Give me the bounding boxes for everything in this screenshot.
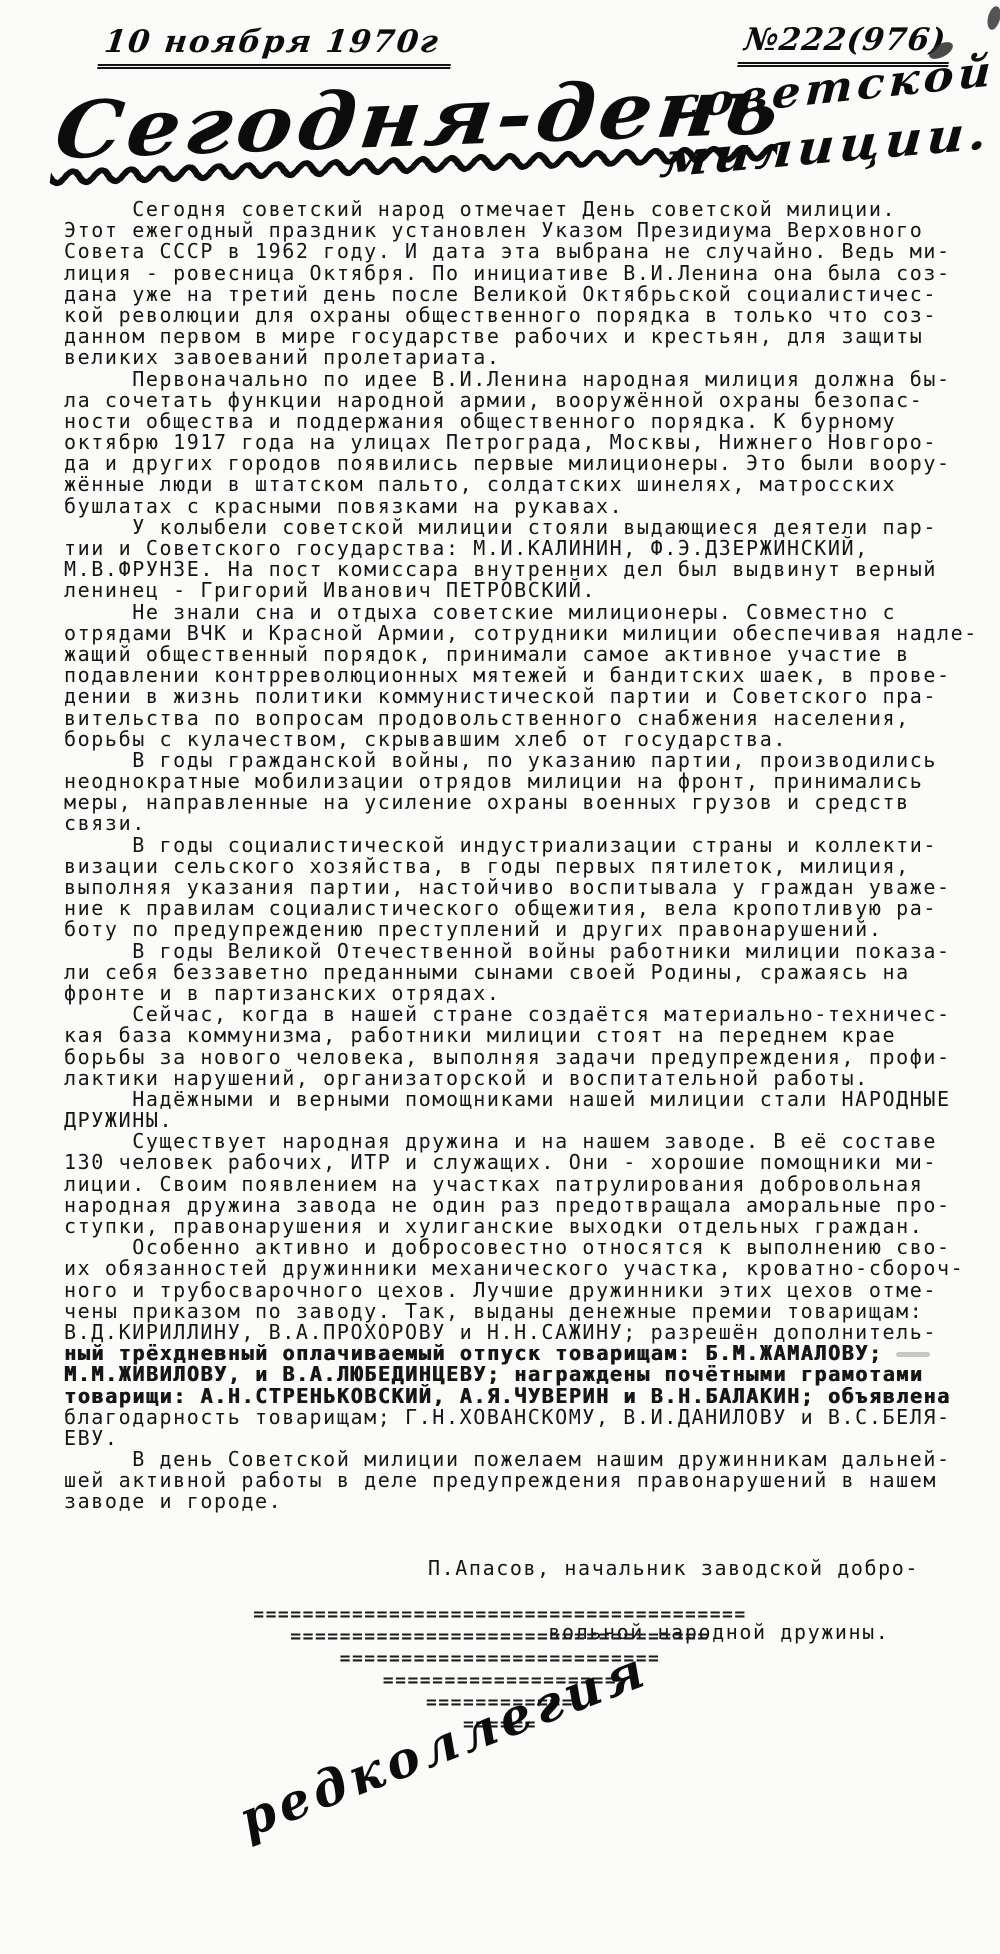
body-line: благодарность товарищам; Г.Н.ХОВАНСКОМУ,… <box>64 1407 978 1428</box>
body-line: данном первом в мире государстве рабочих… <box>64 326 978 347</box>
body-line: ли себя беззаветно преданными сынами сво… <box>64 962 978 983</box>
body-line: меры, направленные на усиление охраны во… <box>64 792 978 813</box>
issue-date: 10 ноября 1970г <box>97 24 456 69</box>
body-line: боту по предупреждению преступлений и др… <box>64 919 978 940</box>
body-line: кой революции для охраны общественного п… <box>64 305 978 326</box>
ink-smudge <box>896 1352 930 1357</box>
body-line: чены приказом по заводу. Так, выданы ден… <box>64 1301 978 1322</box>
body-line: ступки, правонарушения и хулиганские вых… <box>64 1216 978 1237</box>
body-line: лиции. Своим появлением на участках патр… <box>64 1174 978 1195</box>
body-line: фронте и в партизанских отрядах. <box>64 983 978 1004</box>
body-line: Существует народная дружина и на нашем з… <box>64 1131 978 1152</box>
body-line: М.М.ЖИВИЛОВУ, и В.А.ЛЮБЕДИНЦЕВУ; награжд… <box>64 1364 978 1385</box>
separator-row: ========================== <box>0 1648 1000 1670</box>
body-line: октябрю 1917 года на улицах Петрограда, … <box>64 432 978 453</box>
body-line: шей активной работы в деле предупреждени… <box>64 1470 978 1491</box>
body-line: борьбы с кулачеством, скрывавшим хлеб от… <box>64 729 978 750</box>
body-line: В годы Великой Отечественной войны работ… <box>64 941 978 962</box>
body-line: Этот ежегодный праздник установлен Указо… <box>64 220 978 241</box>
body-line: В.Д.КИРИЛЛИНУ, В.А.ПРОХОРОВУ и Н.Н.САЖИН… <box>64 1322 978 1343</box>
body-line: М.В.ФРУНЗЕ. На пост комиссара внутренних… <box>64 559 978 580</box>
body-line: Не знали сна и отдыха советские милицион… <box>64 602 978 623</box>
body-line: заводе и городе. <box>64 1491 978 1512</box>
separator-row: ================================== <box>0 1626 1000 1648</box>
body-line: Сегодня советский народ отмечает День со… <box>64 199 978 220</box>
body-line: В годы гражданской войны, по указанию па… <box>64 750 978 771</box>
body-line: тии и Советского государства: М.И.КАЛИНИ… <box>64 538 978 559</box>
body-line: выполняя указания партии, настойчиво вос… <box>64 877 978 898</box>
body-line: да и других городов появились первые мил… <box>64 453 978 474</box>
body-line: ла сочетать функции народной армии, воор… <box>64 390 978 411</box>
body-line: подавлении контрреволюционных мятежей и … <box>64 665 978 686</box>
body-line: вительства по вопросам продовольственног… <box>64 708 978 729</box>
body-line: У колыбели советской милиции стояли выда… <box>64 517 978 538</box>
body-line: Первоначально по идее В.И.Ленина народна… <box>64 369 978 390</box>
body-line: дана уже на третий день после Великой Ок… <box>64 284 978 305</box>
signature-line-1: П.Апасов, начальник заводской добро- <box>428 1558 919 1579</box>
body-line: дении в жизнь политики коммунистической … <box>64 686 978 707</box>
document-page: 10 ноября 1970г №222(976) Сегодня-день с… <box>0 0 1000 1954</box>
body-line: визации сельского хозяйства, в годы перв… <box>64 856 978 877</box>
body-line: борьбы за нового человека, выполняя зада… <box>64 1047 978 1068</box>
body-line: лактики нарушений, организаторской и вос… <box>64 1068 978 1089</box>
body-line: бушлатах с красными повязками на рукавах… <box>64 496 978 517</box>
body-line: ный трёхдневный оплачиваемый отпуск това… <box>64 1343 978 1364</box>
body-line: ленинец - Григорий Иванович ПЕТРОВСКИЙ. <box>64 580 978 601</box>
body-line: Сейчас, когда в нашей стране создаётся м… <box>64 1004 978 1025</box>
body-line: В годы социалистической индустриализации… <box>64 835 978 856</box>
body-line: жащий общественный порядок, принимали са… <box>64 644 978 665</box>
body-line: Совета СССР в 1962 году. И дата эта выбр… <box>64 241 978 262</box>
body-line: связи. <box>64 813 978 834</box>
body-line: ности общества и поддержания общественно… <box>64 411 978 432</box>
body-line: товарищи: А.Н.СТРЕНЬКОВСКИЙ, А.Я.ЧУВЕРИН… <box>64 1386 978 1407</box>
separator-row: ======================================== <box>0 1604 1000 1626</box>
body-line: отрядами ВЧК и Красной Армии, сотрудники… <box>64 623 978 644</box>
body-line: великих завоеваний пролетариата. <box>64 347 978 368</box>
body-line: Надёжными и верными помощниками нашей ми… <box>64 1089 978 1110</box>
body-line: кая база коммунизма, работники милиции с… <box>64 1025 978 1046</box>
body-line: ного и трубосварочного цехов. Лучшие дру… <box>64 1280 978 1301</box>
body-line: 130 человек рабочих, ИТР и служащих. Они… <box>64 1152 978 1173</box>
body-line: ДРУЖИНЫ. <box>64 1110 978 1131</box>
body-line: жённые люди в штатском пальто, солдатски… <box>64 474 978 495</box>
body-lines: Сегодня советский народ отмечает День со… <box>64 199 978 1513</box>
body-line: ние к правилам социалистического общежит… <box>64 898 978 919</box>
body-line: лиция - ровесница Октября. По инициативе… <box>64 263 978 284</box>
body-line: неоднократные мобилизации отрядов милици… <box>64 771 978 792</box>
ink-smudge <box>985 5 1000 31</box>
body-line: народная дружина завода не один раз пред… <box>64 1195 978 1216</box>
body-line: их обязанностей дружинники механического… <box>64 1258 978 1279</box>
body-line: ЕВУ. <box>64 1428 978 1449</box>
body-line: В день Советской милиции пожелаем нашим … <box>64 1449 978 1470</box>
separator-row: =================== <box>0 1670 1000 1692</box>
body-line: Особенно активно и добросовестно относят… <box>64 1237 978 1258</box>
